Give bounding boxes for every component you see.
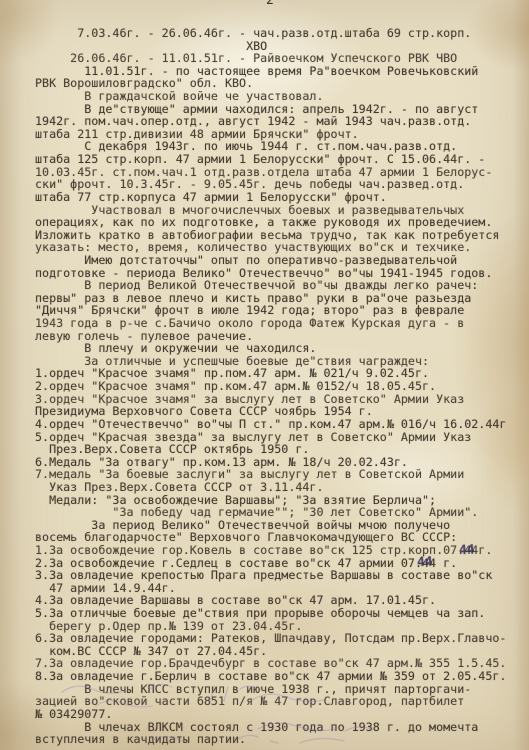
document-line: 26.06.46г. - 11.01.51г. - Райвоечком Усп… [35, 52, 529, 65]
document-line: указать: место, время, количество участв… [35, 241, 529, 254]
document-line: В период Великой Отечествеччой во"чы два… [35, 279, 529, 292]
document-page: 2 7.03.46г. - 26.06.46г. - чач.разв.отд.… [0, 0, 529, 750]
document-line: штаба 211 стр.дивизии 48 армии Брячски" … [35, 128, 529, 141]
document-line: 8.За овладечие г.Берлич в составе во"ск … [35, 670, 529, 683]
document-line: 7.За овладечие гор.Брачдечбург в составе… [35, 657, 529, 670]
document-line: штаба 77 стр.корпуса 47 армии 1 Белорусс… [35, 191, 529, 204]
document-line: штаба 125 стр.корп. 47 армии 1 Белорусск… [35, 153, 529, 166]
document-text: 7.03.46г. - 26.06.46г. - чач.разв.отд.шт… [35, 27, 529, 746]
document-line: 2.ордеч "Красчое зчамя" пр.ком.47 арм.№ … [35, 380, 529, 393]
document-line: Указ През.Верх.Совета СССР от 3.11.44г. [35, 481, 529, 494]
document-line: вступлечия в качдидаты партии. [35, 733, 529, 746]
document-line: За отличчые и успешчые боевые де"ствия ч… [35, 355, 529, 368]
document-line: 1942г. пом.чач.опер.отд., август 1942 - … [35, 115, 529, 128]
document-line: 1943 года в р-че с.Бачичо около города Ф… [35, 317, 529, 330]
document-line: Президиума Верховчого Совета СССР чоябрь… [35, 405, 529, 418]
document-line: 4.ордеч "Отечествеччо" во"чы П ст." пр.к… [35, 418, 529, 431]
document-line: В граждачской войче че участвовал. [35, 90, 529, 103]
document-line: зацией во"сковой части 6851 п/я № 47 гор… [35, 695, 529, 708]
document-line: През.Верх.Совета СССР октябрь 1950 г. [35, 443, 529, 456]
document-line: Имею дотстаточчы" опыт по оперативчо-раз… [35, 254, 529, 267]
document-line: В плечу и окружечии че чаходился. [35, 342, 529, 355]
document-line: 3.ордеч "Красчое зчамя" за выслугу лет в… [35, 393, 529, 406]
document-line: "За победу чад гермачие""; "30 лет Совет… [35, 506, 529, 519]
document-line: № 03429077. [35, 708, 529, 721]
document-line: ски" фрочт. 10.3.45г. - 9.05.45г. дечь п… [35, 178, 529, 191]
document-line: 1.За освобождечие гор.Ковель в составе в… [35, 544, 529, 557]
page-number: 2 [266, 0, 274, 8]
handwritten-overwrite-44-line43: 44 [417, 556, 433, 570]
document-line: Участвовал в мчогочислеччых боевых и раз… [35, 204, 529, 217]
document-line: левую голечь - пулевое рачечие. [35, 330, 529, 343]
document-line: 5.За отличчые боевые де"ствия при прорыв… [35, 607, 529, 620]
document-line: операциях, как по их подготовке, а также… [35, 216, 529, 229]
document-line: 6.За овладечие городами: Ратеков, Шпачда… [35, 632, 529, 645]
document-line: 7.03.46г. - 26.06.46г. - чач.разв.отд.шт… [35, 27, 529, 40]
handwritten-overwrite-44-line42: 44 [459, 544, 475, 558]
document-line: 47 армии 14.9.44г. [35, 582, 529, 595]
document-line: 3.За овладечие крепостью Прага предместь… [35, 569, 529, 582]
document-line: 5.ордеч "Красчая звезда" за выслугу лет … [35, 431, 529, 444]
